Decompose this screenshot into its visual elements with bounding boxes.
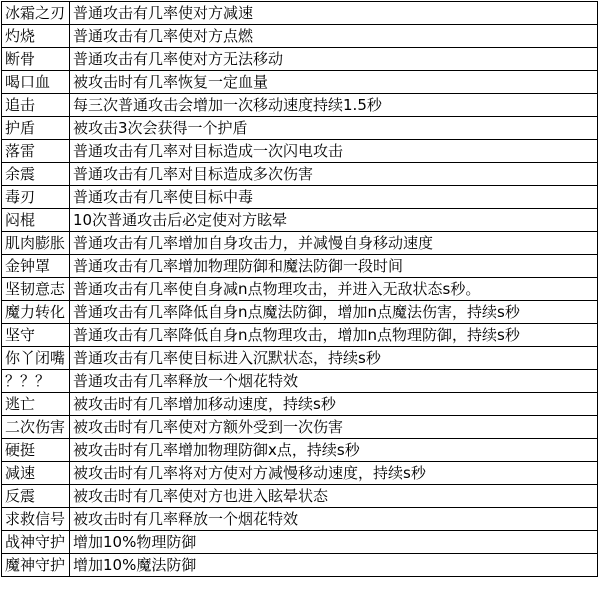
skill-description-cell: 被攻击时有几率使对方额外受到一次伤害 [70,416,598,439]
table-row: 你丫闭嘴 普通攻击有几率使目标进入沉默状态，持续s秒 [2,347,598,370]
table-row: 毒刃 普通攻击有几率使目标中毒 [2,186,598,209]
table-row: 追击 每三次普通攻击会增加一次移动速度持续1.5秒 [2,94,598,117]
table-row: 喝口血 被攻击时有几率恢复一定血量 [2,71,598,94]
skill-description-cell: 增加10%物理防御 [70,531,598,554]
skill-name-cell: ？？？ [2,370,70,393]
table-row: 冰霜之刃 普通攻击有几率使对方减速 [2,2,598,25]
skill-description-cell: 10次普通攻击后必定使对方眩晕 [70,209,598,232]
table-row: 逃亡 被攻击时有几率增加移动速度，持续s秒 [2,393,598,416]
skill-name-cell: 断骨 [2,48,70,71]
skill-name-cell: 落雷 [2,140,70,163]
skill-name-cell: 追击 [2,94,70,117]
skill-description-cell: 普通攻击有几率使目标中毒 [70,186,598,209]
table-row: 二次伤害 被攻击时有几率使对方额外受到一次伤害 [2,416,598,439]
table-row: 求救信号 被攻击时有几率释放一个烟花特效 [2,508,598,531]
skill-description-cell: 增加10%魔法防御 [70,554,598,577]
skill-name-cell: 魔力转化 [2,301,70,324]
skill-description-cell: 普通攻击有几率对目标造成一次闪电攻击 [70,140,598,163]
skill-name-cell: 肌肉膨胀 [2,232,70,255]
table-row: 余震 普通攻击有几率对目标造成多次伤害 [2,163,598,186]
table-row: 闷棍 10次普通攻击后必定使对方眩晕 [2,209,598,232]
skill-description-cell: 普通攻击有几率使目标进入沉默状态，持续s秒 [70,347,598,370]
table-row: 坚守 普通攻击有几率降低自身n点物理攻击，增加n点物理防御，持续s秒 [2,324,598,347]
skill-description-cell: 普通攻击有几率降低自身n点魔法防御，增加n点魔法伤害，持续s秒 [70,301,598,324]
skill-name-cell: 余震 [2,163,70,186]
skill-description-cell: 普通攻击有几率释放一个烟花特效 [70,370,598,393]
table-row: 坚韧意志 普通攻击有几率使自身减n点物理攻击，并进入无敌状态s秒。 [2,278,598,301]
table-row: 反震 被攻击时有几率使对方也进入眩晕状态 [2,485,598,508]
table-row: 战神守护 增加10%物理防御 [2,531,598,554]
skill-name-cell: 毒刃 [2,186,70,209]
skill-description-cell: 普通攻击有几率增加物理防御和魔法防御一段时间 [70,255,598,278]
table-row: 减速 被攻击时有几率将对方使对方减慢移动速度，持续s秒 [2,462,598,485]
table-row: 落雷 普通攻击有几率对目标造成一次闪电攻击 [2,140,598,163]
skill-name-cell: 二次伤害 [2,416,70,439]
table-row: 灼烧 普通攻击有几率使对方点燃 [2,25,598,48]
skill-name-cell: 冰霜之刃 [2,2,70,25]
skill-name-cell: 灼烧 [2,25,70,48]
skill-name-cell: 逃亡 [2,393,70,416]
skill-name-cell: 坚韧意志 [2,278,70,301]
skill-description-cell: 普通攻击有几率增加自身攻击力，并减慢自身移动速度 [70,232,598,255]
skill-description-cell: 被攻击3次会获得一个护盾 [70,117,598,140]
skill-name-cell: 战神守护 [2,531,70,554]
skill-description-cell: 被攻击时有几率恢复一定血量 [70,71,598,94]
table-row: 肌肉膨胀 普通攻击有几率增加自身攻击力，并减慢自身移动速度 [2,232,598,255]
skill-description-cell: 普通攻击有几率使对方减速 [70,2,598,25]
skill-name-cell: 反震 [2,485,70,508]
skill-name-cell: 魔神守护 [2,554,70,577]
skill-name-cell: 闷棍 [2,209,70,232]
skills-table-body: 冰霜之刃 普通攻击有几率使对方减速 灼烧 普通攻击有几率使对方点燃 断骨 普通攻… [2,2,598,577]
skill-description-cell: 被攻击时有几率增加物理防御x点，持续s秒 [70,439,598,462]
skill-name-cell: 硬挺 [2,439,70,462]
skill-name-cell: 护盾 [2,117,70,140]
skill-description-cell: 被攻击时有几率将对方使对方减慢移动速度，持续s秒 [70,462,598,485]
skill-effects-table: 冰霜之刃 普通攻击有几率使对方减速 灼烧 普通攻击有几率使对方点燃 断骨 普通攻… [1,1,598,577]
skill-description-cell: 被攻击时有几率使对方也进入眩晕状态 [70,485,598,508]
skill-description-cell: 普通攻击有几率使对方点燃 [70,25,598,48]
skill-description-cell: 普通攻击有几率降低自身n点物理攻击，增加n点物理防御，持续s秒 [70,324,598,347]
skill-name-cell: 金钟罩 [2,255,70,278]
skill-description-cell: 普通攻击有几率使对方无法移动 [70,48,598,71]
table-row: 断骨 普通攻击有几率使对方无法移动 [2,48,598,71]
skill-description-cell: 普通攻击有几率使自身减n点物理攻击，并进入无敌状态s秒。 [70,278,598,301]
skill-name-cell: 喝口血 [2,71,70,94]
skill-description-cell: 被攻击时有几率增加移动速度，持续s秒 [70,393,598,416]
skill-description-cell: 普通攻击有几率对目标造成多次伤害 [70,163,598,186]
skill-name-cell: 求救信号 [2,508,70,531]
skill-name-cell: 坚守 [2,324,70,347]
table-row: 护盾 被攻击3次会获得一个护盾 [2,117,598,140]
table-row: 魔神守护 增加10%魔法防御 [2,554,598,577]
table-row: 金钟罩 普通攻击有几率增加物理防御和魔法防御一段时间 [2,255,598,278]
table-row: 硬挺 被攻击时有几率增加物理防御x点，持续s秒 [2,439,598,462]
skill-description-cell: 每三次普通攻击会增加一次移动速度持续1.5秒 [70,94,598,117]
table-row: ？？？ 普通攻击有几率释放一个烟花特效 [2,370,598,393]
skill-description-cell: 被攻击时有几率释放一个烟花特效 [70,508,598,531]
table-row: 魔力转化 普通攻击有几率降低自身n点魔法防御，增加n点魔法伤害，持续s秒 [2,301,598,324]
skill-name-cell: 减速 [2,462,70,485]
skill-name-cell: 你丫闭嘴 [2,347,70,370]
